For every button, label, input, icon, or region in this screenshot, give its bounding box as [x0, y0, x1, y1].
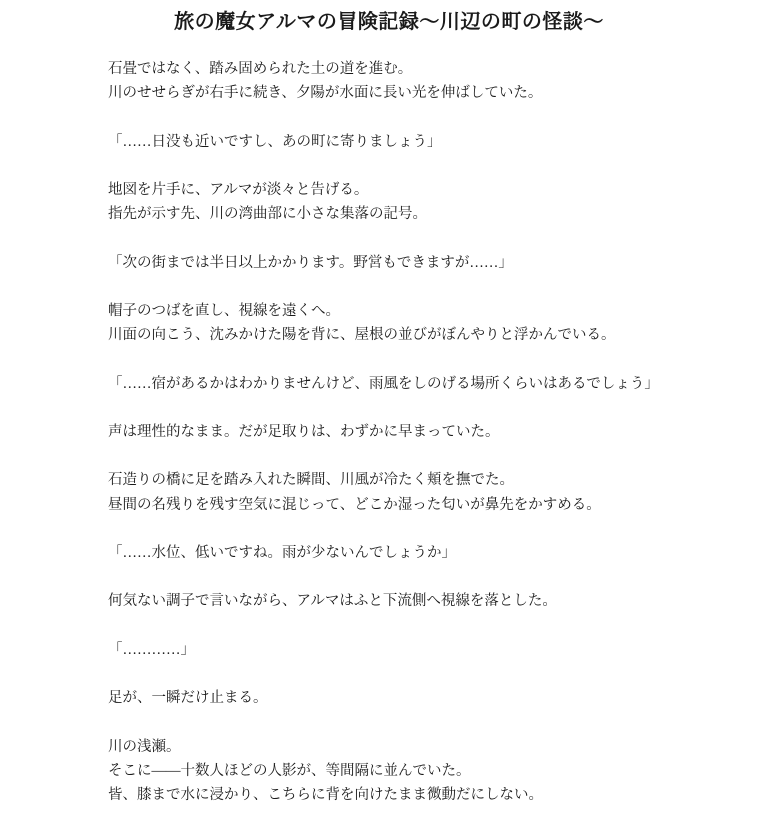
text-line: そこに――十数人ほどの人影が、等間隔に並んでいた。 [108, 759, 728, 783]
document-page: 旅の魔女アルマの冒険記録〜川辺の町の怪談〜 石畳ではなく、踏み固められた土の道を… [0, 0, 778, 838]
text-line: 皆、膝まで水に浸かり、こちらに背を向けたまま微動だにしない。 [108, 783, 728, 807]
text-line: 「…………」 [108, 638, 728, 662]
text-line: 石畳ではなく、踏み固められた土の道を進む。 [108, 57, 728, 81]
text-line: 「次の街までは半日以上かかります。野営もできますが……」 [108, 251, 728, 275]
paragraph: 石造りの橋に足を踏み入れた瞬間、川風が冷たく頬を撫でた。昼間の名残りを残す空気に… [108, 468, 728, 516]
text-line: 石造りの橋に足を踏み入れた瞬間、川風が冷たく頬を撫でた。 [108, 468, 728, 492]
text-line: 川のせせらぎが右手に続き、夕陽が水面に長い光を伸ばしていた。 [108, 81, 728, 105]
document-body: 石畳ではなく、踏み固められた土の道を進む。川のせせらぎが右手に続き、夕陽が水面に… [108, 57, 728, 831]
text-line: 足が、一瞬だけ止まる。 [108, 686, 728, 710]
paragraph: 「…………」 [108, 638, 728, 662]
paragraph: 「次の街までは半日以上かかります。野営もできますが……」 [108, 251, 728, 275]
text-line: 川面の向こう、沈みかけた陽を背に、屋根の並びがぼんやりと浮かんでいる。 [108, 323, 728, 347]
text-line: 昼間の名残りを残す空気に混じって、どこか湿った匂いが鼻先をかすめる。 [108, 493, 728, 517]
paragraph: 「……水位、低いですね。雨が少ないんでしょうか」 [108, 541, 728, 565]
paragraph: 「……宿があるかはわかりませんけど、雨風をしのげる場所くらいはあるでしょう」 [108, 372, 728, 396]
text-line: 何気ない調子で言いながら、アルマはふと下流側へ視線を落とした。 [108, 589, 728, 613]
paragraph: 「……日没も近いですし、あの町に寄りましょう」 [108, 130, 728, 154]
text-line: 地図を片手に、アルマが淡々と告げる。 [108, 178, 728, 202]
text-line: 川の浅瀬。 [108, 735, 728, 759]
page-title: 旅の魔女アルマの冒険記録〜川辺の町の怪談〜 [0, 5, 778, 34]
paragraph: 石畳ではなく、踏み固められた土の道を進む。川のせせらぎが右手に続き、夕陽が水面に… [108, 57, 728, 105]
text-line: 「……水位、低いですね。雨が少ないんでしょうか」 [108, 541, 728, 565]
paragraph: 地図を片手に、アルマが淡々と告げる。指先が示す先、川の湾曲部に小さな集落の記号。 [108, 178, 728, 226]
text-line: 「……日没も近いですし、あの町に寄りましょう」 [108, 130, 728, 154]
paragraph: 帽子のつばを直し、視線を遠くへ。川面の向こう、沈みかけた陽を背に、屋根の並びがぼ… [108, 299, 728, 347]
text-line: 声は理性的なまま。だが足取りは、わずかに早まっていた。 [108, 420, 728, 444]
text-line: 指先が示す先、川の湾曲部に小さな集落の記号。 [108, 202, 728, 226]
paragraph: 声は理性的なまま。だが足取りは、わずかに早まっていた。 [108, 420, 728, 444]
paragraph: 川の浅瀬。そこに――十数人ほどの人影が、等間隔に並んでいた。皆、膝まで水に浸かり… [108, 735, 728, 808]
paragraph: 何気ない調子で言いながら、アルマはふと下流側へ視線を落とした。 [108, 589, 728, 613]
paragraph: 足が、一瞬だけ止まる。 [108, 686, 728, 710]
text-line: 帽子のつばを直し、視線を遠くへ。 [108, 299, 728, 323]
text-line: 「……宿があるかはわかりませんけど、雨風をしのげる場所くらいはあるでしょう」 [108, 372, 728, 396]
